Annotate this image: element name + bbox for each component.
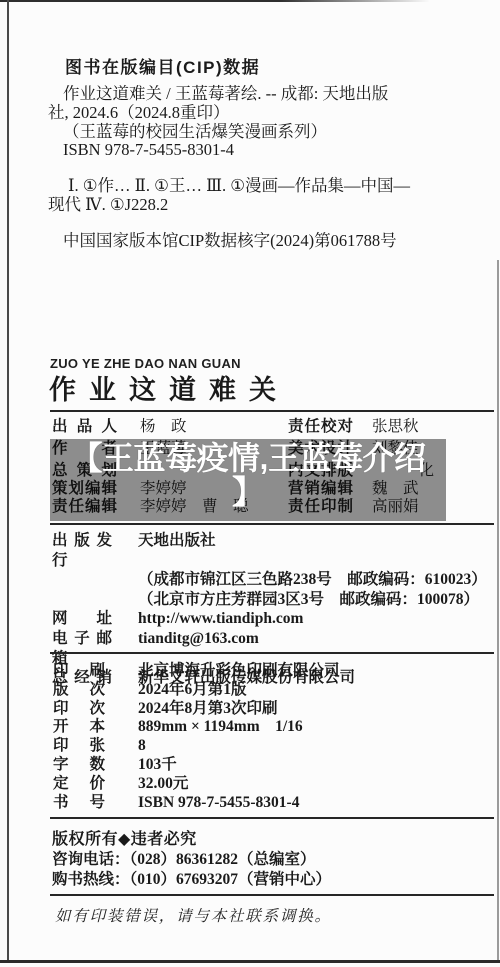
printing-label: 印次 bbox=[53, 700, 105, 719]
copyright-phone-line: 咨询电话：（028）86361282（总编室） bbox=[52, 850, 331, 870]
printing-block: 印刷 北京博海升彩色印刷有限公司 版次 2024年6月第1版 印次 2024年8… bbox=[53, 662, 340, 812]
printing-row: 印次 2024年8月第3次印刷 bbox=[53, 700, 340, 719]
printing-row: 字数 103千 bbox=[53, 756, 340, 775]
publisher-value: 天地出版社 bbox=[138, 531, 216, 570]
printing-value: 103千 bbox=[138, 756, 177, 775]
publisher-label: 出版发行 bbox=[52, 531, 112, 570]
cip-classification-line: 现代 Ⅳ. ①J228.2 bbox=[48, 196, 478, 215]
printing-value: 北京博海升彩色印刷有限公司 bbox=[138, 662, 340, 681]
publisher-address: （成都市锦江区三色路238号 邮政编码：610023） bbox=[138, 570, 487, 590]
divider-rule bbox=[50, 894, 494, 896]
printing-label: 印刷 bbox=[53, 662, 105, 681]
cip-registry-line: 中国国家版本馆CIP数据核字(2024)第061788号 bbox=[48, 232, 478, 251]
divider-rule bbox=[50, 652, 494, 654]
divider-rule bbox=[50, 410, 494, 412]
publisher-label bbox=[52, 570, 112, 590]
printing-row: 印刷 北京博海升彩色印刷有限公司 bbox=[53, 662, 340, 681]
cip-isbn-line: ISBN 978-7-5455-8301-4 bbox=[48, 141, 478, 160]
printing-value: 2024年8月第3次印刷 bbox=[138, 700, 278, 719]
watermark-text-line1: 【王蓝莓疫情,王蓝莓介绍 bbox=[50, 439, 446, 478]
credit-value: 杨 政 bbox=[140, 419, 187, 435]
cip-heading: 图书在版编目(CIP)数据 bbox=[65, 53, 260, 78]
credit-value: 张思秋 bbox=[372, 419, 419, 435]
credit-label: 出品人 bbox=[52, 419, 117, 435]
watermark-text-line2: 】 bbox=[50, 475, 446, 509]
cip-line: 社, 2024.6（2024.8重印） bbox=[48, 104, 478, 123]
book-title: 作业这道难关 bbox=[49, 368, 289, 407]
publisher-row: （北京市方庄芳群园3区3号 邮政编码：100078） bbox=[52, 590, 487, 610]
scan-border-bottom bbox=[0, 960, 500, 963]
publisher-row: 网址 http://www.tiandiph.com bbox=[52, 609, 487, 629]
publisher-address: （北京市方庄芳群园3区3号 邮政编码：100078） bbox=[138, 590, 479, 610]
printing-label: 开本 bbox=[53, 718, 105, 737]
copyright-hotline-line: 购书热线：（010）67693207（营销中心） bbox=[52, 870, 331, 890]
credit-row: 责任校对 张思秋 bbox=[288, 419, 434, 435]
watermark: 【王蓝莓疫情,王蓝莓介绍 】 bbox=[50, 439, 446, 521]
publisher-label bbox=[52, 590, 112, 610]
credit-row: 出品人 杨 政 bbox=[52, 419, 249, 435]
scan-border-left bbox=[7, 0, 9, 961]
printing-row: 开本 889mm × 1194mm 1/16 bbox=[53, 718, 340, 737]
publisher-row: （成都市锦江区三色路238号 邮政编码：610023） bbox=[52, 570, 487, 590]
printing-label: 定价 bbox=[53, 775, 105, 794]
printing-label: 书号 bbox=[53, 794, 105, 813]
copyright-block: 版权所有◆违者必究 咨询电话：（028）86361282（总编室） 购书热线：（… bbox=[52, 830, 331, 889]
printing-row: 定价 32.00元 bbox=[53, 775, 340, 794]
credit-label: 责任校对 bbox=[288, 419, 353, 435]
printing-row: 版次 2024年6月第1版 bbox=[53, 681, 340, 700]
cip-body: 作业这道难关 / 王蓝莓著绘. -- 成都: 天地出版 社, 2024.6（20… bbox=[48, 85, 478, 251]
publisher-label: 网址 bbox=[52, 609, 112, 629]
cip-classification-line: Ⅰ. ①作… Ⅱ. ①王… Ⅲ. ①漫画—作品集—中国— bbox=[48, 177, 478, 196]
printing-value: 8 bbox=[138, 737, 146, 756]
publisher-website: http://www.tiandiph.com bbox=[138, 609, 303, 629]
printing-row: 印张 8 bbox=[53, 737, 340, 756]
scan-border-right bbox=[497, 260, 499, 960]
divider-rule bbox=[50, 523, 494, 525]
scan-border-top bbox=[0, 0, 430, 2]
printing-value: 889mm × 1194mm 1/16 bbox=[138, 718, 303, 737]
printing-label: 印张 bbox=[53, 737, 105, 756]
printing-row: 书号 ISBN 978-7-5455-8301-4 bbox=[53, 794, 340, 813]
cip-line: （王蓝莓的校园生活爆笑漫画系列） bbox=[48, 123, 478, 142]
printing-value: 32.00元 bbox=[138, 775, 188, 794]
copyright-heading: 版权所有◆违者必究 bbox=[52, 830, 331, 850]
cip-line: 作业这道难关 / 王蓝莓著绘. -- 成都: 天地出版 bbox=[48, 85, 478, 104]
misprint-notice: 如有印装错误，请与本社联系调换。 bbox=[55, 904, 332, 926]
printing-isbn: ISBN 978-7-5455-8301-4 bbox=[138, 794, 299, 813]
printing-label: 版次 bbox=[53, 681, 105, 700]
printing-label: 字数 bbox=[53, 756, 105, 775]
printing-value: 2024年6月第1版 bbox=[138, 681, 247, 700]
divider-rule bbox=[50, 817, 494, 819]
colophon-page: 图书在版编目(CIP)数据 作业这道难关 / 王蓝莓著绘. -- 成都: 天地出… bbox=[0, 0, 500, 967]
publisher-row: 出版发行 天地出版社 bbox=[52, 531, 487, 570]
